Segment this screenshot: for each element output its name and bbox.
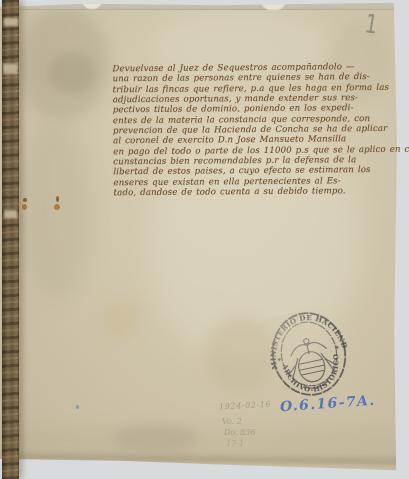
binding-strip bbox=[2, 0, 19, 479]
pencil-note: Vo. 2 bbox=[222, 416, 255, 427]
stamp-bottom-text: ARCHIVO-HISTORICO bbox=[280, 351, 347, 399]
paper-stain bbox=[48, 52, 96, 94]
paper-stain bbox=[100, 298, 142, 340]
stamp-star-right-icon: * bbox=[335, 344, 341, 354]
stamp-inner-ring bbox=[275, 317, 342, 391]
pencil-notes: Vo. 2 Do. 836 17-1 bbox=[222, 416, 255, 449]
rust-mark bbox=[22, 198, 30, 212]
manuscript-text: Devuelvase al Juez de Sequestros acompañ… bbox=[112, 62, 403, 199]
paper-stain bbox=[18, 8, 110, 120]
binding-gap bbox=[4, 210, 17, 218]
pencil-note: Do. 836 bbox=[224, 427, 255, 438]
coat-of-arms-icon bbox=[282, 334, 339, 393]
binding-gap bbox=[3, 64, 18, 74]
rust-mark bbox=[54, 196, 63, 212]
stamp-outer-ring bbox=[265, 306, 352, 401]
svg-text:ARCHIVO-HISTORICO: ARCHIVO-HISTORICO bbox=[280, 351, 347, 399]
pencil-note: 17-1 bbox=[226, 438, 255, 449]
page-bottom-edge bbox=[0, 450, 399, 465]
page-top-edge bbox=[0, 0, 397, 10]
paper-stain bbox=[113, 424, 197, 454]
stamp-star-left-icon: * bbox=[277, 356, 283, 366]
blue-ink-dot bbox=[76, 405, 79, 409]
binding-gap bbox=[4, 18, 18, 26]
photographed-manuscript: Devuelvase al Juez de Sequestros acompañ… bbox=[0, 0, 409, 479]
